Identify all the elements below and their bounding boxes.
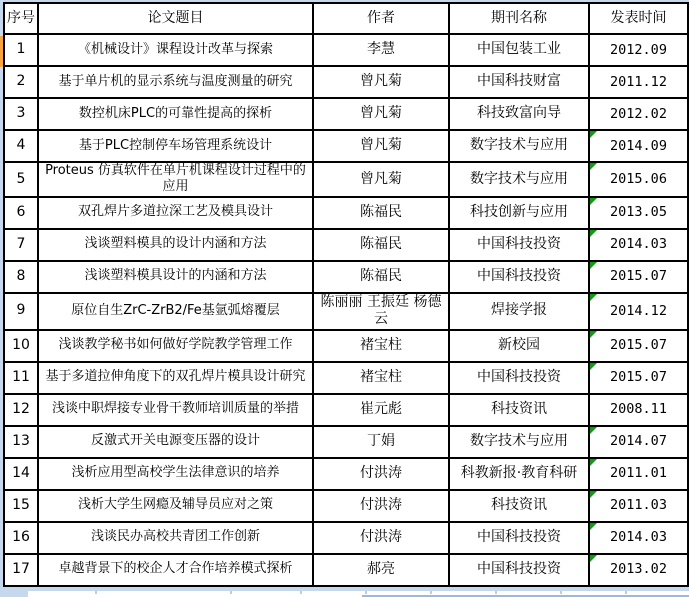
cell-journal-name[interactable]: 新校园	[449, 330, 589, 362]
cell-author[interactable]: 曾凡菊	[313, 130, 449, 162]
stored-as-text-flag-icon	[590, 262, 597, 269]
cell-publish-date[interactable]: 2011.12	[589, 66, 688, 98]
table-row: 12 浅谈中职焊接专业骨干教师培训质量的举措 崔元彪 科技资讯 2008.11	[4, 394, 688, 426]
cell-paper-title[interactable]: 数控机床PLC的可靠性提高的探析	[38, 98, 313, 130]
table-row: 17 卓越背景下的校企人才合作培养模式探析 郝亮 中国科技投资 2013.02	[4, 554, 688, 586]
cell-date-text: 2013.02	[610, 561, 667, 577]
cell-journal-name[interactable]: 科技资讯	[449, 490, 589, 522]
cell-author[interactable]: 付洪涛	[313, 522, 449, 554]
stored-as-text-flag-icon	[590, 363, 597, 370]
cell-author[interactable]: 陈福民	[313, 229, 449, 261]
cell-journal-name[interactable]: 数字技术与应用	[449, 426, 589, 458]
cell-author[interactable]: 郝亮	[313, 554, 449, 586]
table-row: 16 浅谈民办高校共青团工作创新 付洪涛 中国科技投资 2014.03	[4, 522, 688, 554]
cell-paper-title[interactable]: 原位自生ZrC-ZrB2/Fe基氩弧熔覆层	[38, 293, 313, 330]
cell-publish-date[interactable]: 2012.09	[589, 34, 688, 66]
cell-author[interactable]: 付洪涛	[313, 490, 449, 522]
cell-author[interactable]: 崔元彪	[313, 394, 449, 426]
cell-date-text: 2015.07	[610, 268, 667, 284]
cell-publish-date[interactable]: 2015.07	[589, 330, 688, 362]
cell-serial-number[interactable]: 1	[4, 34, 38, 66]
cell-author[interactable]: 李慧	[313, 34, 449, 66]
stored-as-text-flag-icon	[590, 491, 597, 498]
cell-journal-name[interactable]: 数字技术与应用	[449, 162, 589, 197]
table-row: 13 反激式开关电源变压器的设计 丁娟 数字技术与应用 2014.07	[4, 426, 688, 458]
sheet-gridline-tick	[230, 591, 232, 594]
table-row: 10 浅谈教学秘书如何做好学院教学管理工作 褚宝柱 新校园 2015.07	[4, 330, 688, 362]
cell-publish-date[interactable]: 2014.07	[589, 426, 688, 458]
table-row: 8 浅谈塑料模具设计的内涵和方法 陈福民 中国科技投资 2015.07	[4, 261, 688, 293]
table-row: 9 原位自生ZrC-ZrB2/Fe基氩弧熔覆层 陈丽丽 王振廷 杨德云 焊接学报…	[4, 293, 688, 330]
cell-date-text: 2011.01	[610, 465, 667, 481]
stored-as-text-flag-icon	[590, 294, 597, 301]
cell-date-text: 2012.02	[610, 106, 667, 122]
stored-as-text-flag-icon	[590, 427, 597, 434]
cell-publish-date[interactable]: 2011.01	[589, 458, 688, 490]
cell-paper-title[interactable]: 浅析大学生网瘾及辅导员应对之策	[38, 490, 313, 522]
cell-journal-name[interactable]: 科教新报·教育科研	[449, 458, 589, 490]
cell-paper-title[interactable]: 基于多道拉伸角度下的双孔焊片模具设计研究	[38, 362, 313, 394]
table-row: 15 浅析大学生网瘾及辅导员应对之策 付洪涛 科技资讯 2011.03	[4, 490, 688, 522]
table-row: 4 基于PLC控制停车场管理系统设计 曾凡菊 数字技术与应用 2014.09	[4, 130, 688, 162]
cell-paper-title[interactable]: 基于PLC控制停车场管理系统设计	[38, 130, 313, 162]
cell-serial-number[interactable]: 2	[4, 66, 38, 98]
cell-date-text: 2014.03	[610, 529, 667, 545]
cell-date-text: 2015.07	[610, 369, 667, 385]
table-row: 5 Proteus 仿真软件在单片机课程设计过程中的应用 曾凡菊 数字技术与应用…	[4, 162, 688, 197]
cell-paper-title[interactable]: 《机械设计》课程设计改革与探索	[38, 34, 313, 66]
cell-date-text: 2014.12	[610, 303, 667, 319]
cell-paper-title[interactable]: 浅谈塑料模具的设计内涵和方法	[38, 229, 313, 261]
cell-serial-number[interactable]: 5	[4, 162, 38, 197]
cell-author[interactable]: 丁娟	[313, 426, 449, 458]
cell-date-text: 2014.09	[610, 138, 667, 154]
cell-date-text: 2015.06	[610, 171, 667, 187]
table-row: 14 浅析应用型高校学生法律意识的培养 付洪涛 科教新报·教育科研 2011.0…	[4, 458, 688, 490]
stored-as-text-flag-icon	[590, 163, 597, 170]
sheet-gridline-tick	[95, 591, 97, 594]
cell-paper-title[interactable]: 浅谈塑料模具设计的内涵和方法	[38, 261, 313, 293]
cell-paper-title[interactable]: 浅谈中职焊接专业骨干教师培训质量的举措	[38, 394, 313, 426]
cell-paper-title[interactable]: 双孔焊片多道拉深工艺及模具设计	[38, 197, 313, 229]
cell-author[interactable]: 曾凡菊	[313, 66, 449, 98]
spreadsheet-view: 序号 论文题目 作者 期刊名称 发表时间 1 《机械设计》课程设计改革与探索 李…	[0, 0, 689, 597]
cell-serial-number[interactable]: 3	[4, 98, 38, 130]
adjacent-cell-shading	[0, 591, 28, 597]
table-row: 3 数控机床PLC的可靠性提高的探析 曾凡菊 科技致富向导 2012.02	[4, 98, 688, 130]
sheet-gridline-tick	[625, 591, 627, 594]
cell-paper-title[interactable]: 反激式开关电源变压器的设计	[38, 426, 313, 458]
table-row: 7 浅谈塑料模具的设计内涵和方法 陈福民 中国科技投资 2014.03	[4, 229, 688, 261]
table-row: 6 双孔焊片多道拉深工艺及模具设计 陈福民 科技创新与应用 2013.05	[4, 197, 688, 229]
cell-journal-name[interactable]: 数字技术与应用	[449, 130, 589, 162]
cell-publish-date[interactable]: 2013.05	[589, 197, 688, 229]
col-header-date[interactable]: 发表时间	[589, 3, 688, 34]
cell-serial-number[interactable]: 8	[4, 261, 38, 293]
cell-journal-name[interactable]: 科技致富向导	[449, 98, 589, 130]
cell-date-text: 2014.07	[610, 433, 667, 449]
cell-publish-date[interactable]: 2015.06	[589, 162, 688, 197]
cell-publish-date[interactable]: 2014.03	[589, 522, 688, 554]
cell-author[interactable]: 曾凡菊	[313, 98, 449, 130]
cell-paper-title[interactable]: 浅谈教学秘书如何做好学院教学管理工作	[38, 330, 313, 362]
sheet-gridline-tick	[560, 591, 562, 594]
header-row: 序号 论文题目 作者 期刊名称 发表时间	[4, 3, 688, 34]
cell-journal-name[interactable]: 中国科技投资	[449, 522, 589, 554]
cell-serial-number[interactable]: 13	[4, 426, 38, 458]
sheet-gridline-tick	[300, 591, 302, 594]
cell-publish-date[interactable]: 2012.02	[589, 98, 688, 130]
cell-journal-name[interactable]: 焊接学报	[449, 293, 589, 330]
cell-journal-name[interactable]: 中国科技财富	[449, 66, 589, 98]
cell-author[interactable]: 曾凡菊	[313, 162, 449, 197]
cell-date-text: 2008.11	[610, 401, 667, 417]
cell-author[interactable]: 陈丽丽 王振廷 杨德云	[313, 293, 449, 330]
cell-paper-title[interactable]: 浅析应用型高校学生法律意识的培养	[38, 458, 313, 490]
cell-publish-date[interactable]: 2014.09	[589, 130, 688, 162]
cell-paper-title[interactable]: 浅谈民办高校共青团工作创新	[38, 522, 313, 554]
cell-serial-number[interactable]: 10	[4, 330, 38, 362]
cell-serial-number[interactable]: 7	[4, 229, 38, 261]
col-header-title[interactable]: 论文题目	[38, 3, 313, 34]
cell-paper-title[interactable]: Proteus 仿真软件在单片机课程设计过程中的应用	[38, 162, 313, 197]
cell-date-text: 2013.05	[610, 204, 667, 220]
cell-journal-name[interactable]: 科技创新与应用	[449, 197, 589, 229]
cell-serial-number[interactable]: 14	[4, 458, 38, 490]
sheet-gridline-tick	[430, 591, 432, 594]
papers-table: 序号 论文题目 作者 期刊名称 发表时间 1 《机械设计》课程设计改革与探索 李…	[3, 2, 689, 587]
col-header-author[interactable]: 作者	[313, 3, 449, 34]
cell-date-text: 2015.07	[610, 337, 667, 353]
cell-publish-date[interactable]: 2015.07	[589, 261, 688, 293]
cell-publish-date[interactable]: 2008.11	[589, 394, 688, 426]
cell-author[interactable]: 褚宝柱	[313, 330, 449, 362]
cell-serial-number[interactable]: 9	[4, 293, 38, 330]
cell-paper-title[interactable]: 卓越背景下的校企人才合作培养模式探析	[38, 554, 313, 586]
cell-serial-number[interactable]: 4	[4, 130, 38, 162]
cell-date-text: 2014.03	[610, 236, 667, 252]
cell-serial-number[interactable]: 15	[4, 490, 38, 522]
cell-publish-date[interactable]: 2011.03	[589, 490, 688, 522]
cell-serial-number[interactable]: 11	[4, 362, 38, 394]
cell-author[interactable]: 陈福民	[313, 197, 449, 229]
stored-as-text-flag-icon	[590, 523, 597, 530]
cell-serial-number[interactable]: 17	[4, 554, 38, 586]
cell-journal-name[interactable]: 中国包装工业	[449, 34, 589, 66]
stored-as-text-flag-icon	[590, 555, 597, 562]
cell-serial-number[interactable]: 16	[4, 522, 38, 554]
stored-as-text-flag-icon	[590, 131, 597, 138]
cell-journal-name[interactable]: 科技资讯	[449, 394, 589, 426]
table-row: 11 基于多道拉伸角度下的双孔焊片模具设计研究 褚宝柱 中国科技投资 2015.…	[4, 362, 688, 394]
stored-as-text-flag-icon	[590, 331, 597, 338]
stored-as-text-flag-icon	[590, 459, 597, 466]
table-row: 1 《机械设计》课程设计改革与探索 李慧 中国包装工业 2012.09	[4, 34, 688, 66]
cell-paper-title[interactable]: 基于单片机的显示系统与温度测量的研究	[38, 66, 313, 98]
stored-as-text-flag-icon	[590, 198, 597, 205]
cell-serial-number[interactable]: 12	[4, 394, 38, 426]
sheet-gridline-tick	[365, 591, 367, 594]
cell-publish-date[interactable]: 2014.03	[589, 229, 688, 261]
cell-journal-name[interactable]: 中国科技投资	[449, 362, 589, 394]
sheet-gridline-tick	[495, 591, 497, 594]
cell-date-text: 2011.12	[610, 74, 667, 90]
cell-author[interactable]: 褚宝柱	[313, 362, 449, 394]
cell-journal-name[interactable]: 中国科技投资	[449, 554, 589, 586]
cell-publish-date[interactable]: 2014.12	[589, 293, 688, 330]
col-header-journal[interactable]: 期刊名称	[449, 3, 589, 34]
cell-author[interactable]: 陈福民	[313, 261, 449, 293]
sheet-area-below-table	[0, 591, 689, 597]
cell-publish-date[interactable]: 2015.07	[589, 362, 688, 394]
cell-date-text: 2012.09	[610, 42, 667, 58]
cell-publish-date[interactable]: 2013.02	[589, 554, 688, 586]
cell-journal-name[interactable]: 中国科技投资	[449, 261, 589, 293]
cell-date-text: 2011.03	[610, 497, 667, 513]
cell-serial-number[interactable]: 6	[4, 197, 38, 229]
col-header-no[interactable]: 序号	[4, 3, 38, 34]
cell-journal-name[interactable]: 中国科技投资	[449, 229, 589, 261]
stored-as-text-flag-icon	[590, 230, 597, 237]
table-row: 2 基于单片机的显示系统与温度测量的研究 曾凡菊 中国科技财富 2011.12	[4, 66, 688, 98]
cell-author[interactable]: 付洪涛	[313, 458, 449, 490]
